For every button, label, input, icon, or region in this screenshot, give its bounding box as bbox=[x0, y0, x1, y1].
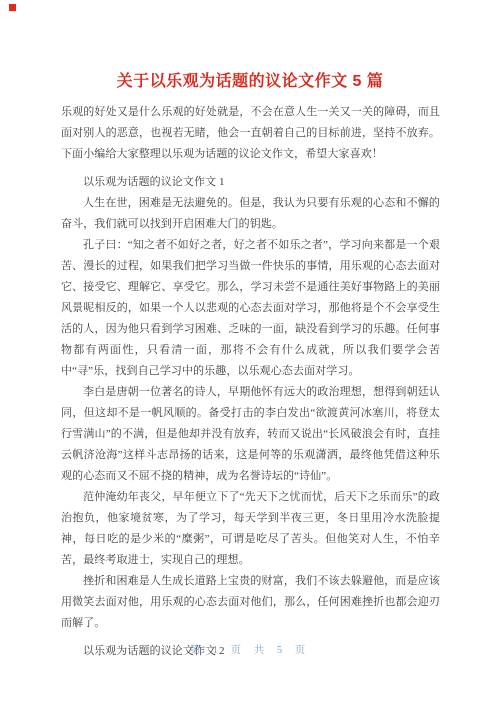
section-heading-essay-1: 以乐观为话题的议论文作文 1 bbox=[61, 172, 440, 193]
document-body: 乐观的好处又是什么乐观的好处就是，不会在意人生一关又一关的障碍，而且面对别人的恶… bbox=[61, 102, 440, 662]
intro-paragraph: 乐观的好处又是什么乐观的好处就是，不会在意人生一关又一关的障碍，而且面对别人的恶… bbox=[61, 102, 440, 165]
corner-red-mark bbox=[9, 4, 16, 11]
page-title: 关于以乐观为话题的议论文作文 5 篇 bbox=[0, 0, 500, 92]
paragraph: 挫折和困难是人生成长道路上宝贵的财富，我们不该去躲避他，而是应该用微笑去面对他，… bbox=[61, 571, 440, 634]
paragraph: 孔子曰：“知之者不如好之者，好之者不如乐之者”，学习向来都是一个艰苦、漫长的过程… bbox=[61, 235, 440, 382]
pagination-indicator: 第 1 页 共 5 页 bbox=[190, 642, 311, 657]
paragraph: 人生在世，困难是无法避免的。但是，我认为只要有乐观的心态和不懈的奋斗，我们就可以… bbox=[61, 193, 440, 235]
document-page: { "meta": { "accent_red": "#d9291c", "bo… bbox=[0, 0, 500, 707]
paragraph: 范仲淹幼年丧父，早年便立下了“先天下之忧而忧，后天下之乐而乐”的政治抱负，他家境… bbox=[61, 487, 440, 571]
page-footer: 第 1 页 共 5 页 bbox=[0, 640, 500, 658]
paragraph: 李白是唐朝一位著名的诗人，早期他怀有远大的政治理想，想得到朝廷认同，但这却不是一… bbox=[61, 382, 440, 487]
